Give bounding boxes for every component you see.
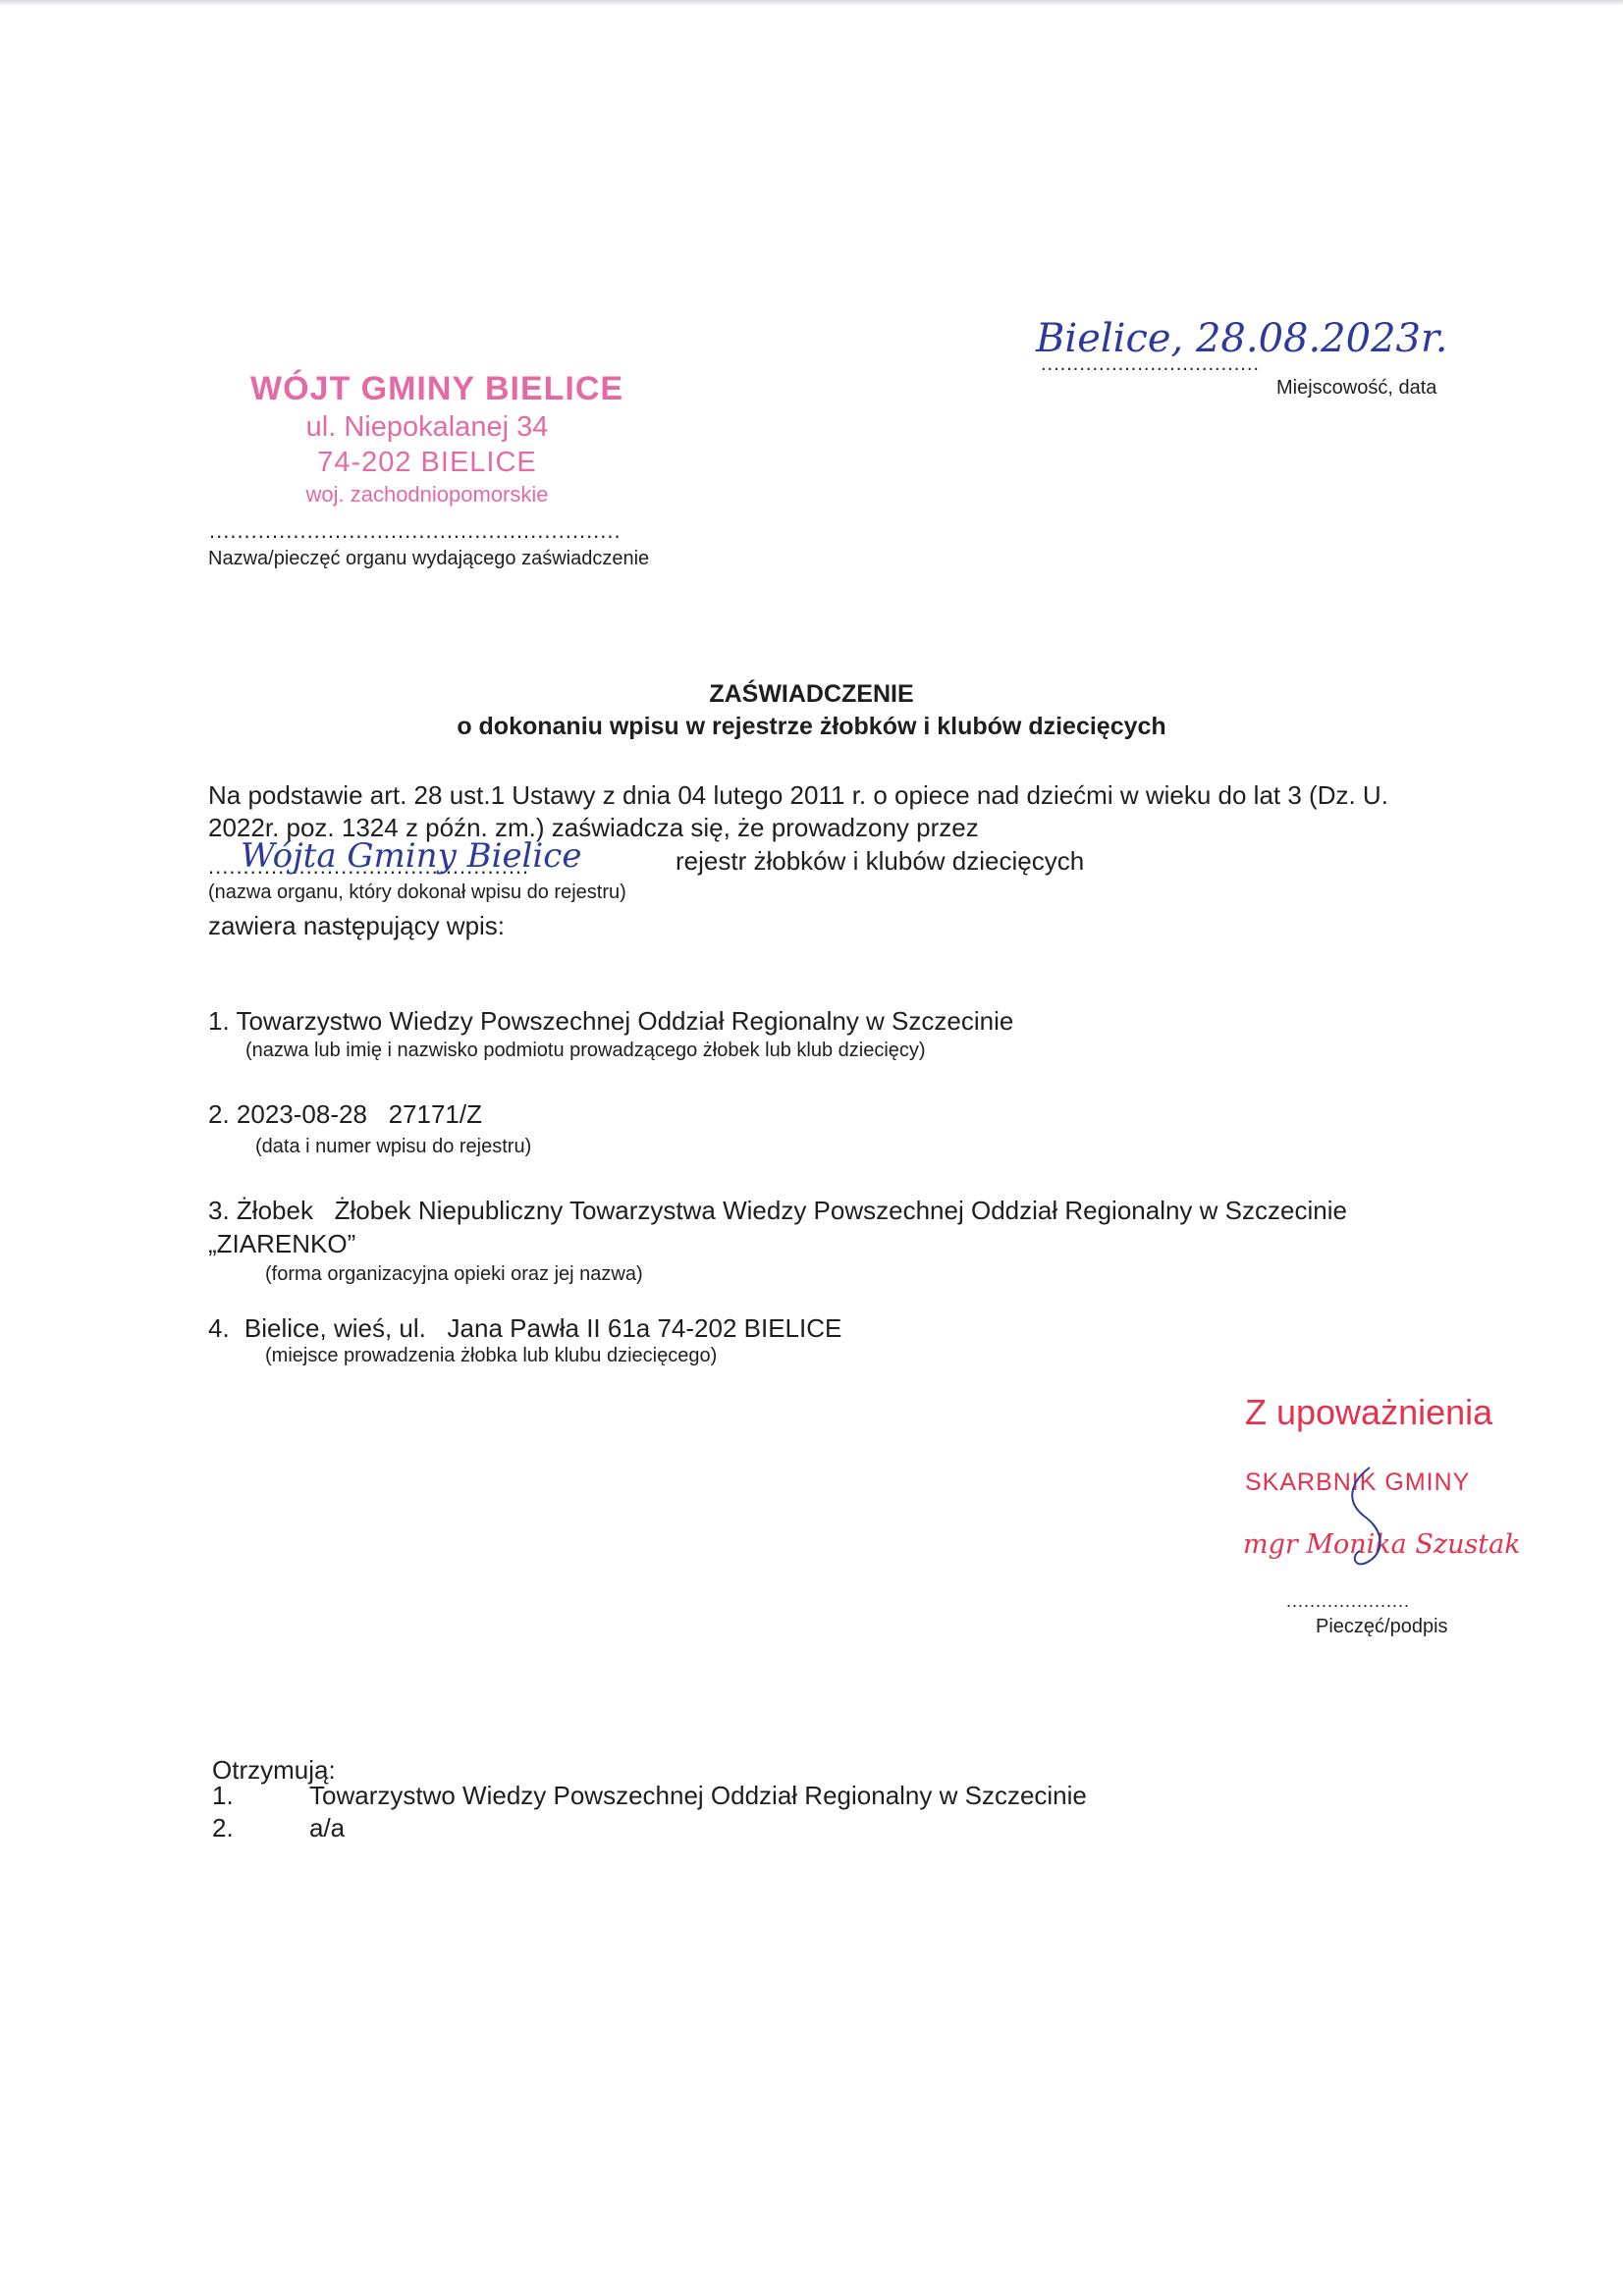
- entry-2-value: 2023-08-28 27171/Z: [237, 1099, 482, 1129]
- entry-2-number: 2.: [208, 1099, 230, 1129]
- issuer-dots: ........................................…: [209, 520, 622, 542]
- intro-line-4: zawiera następujący wpis:: [208, 911, 505, 941]
- issuer-stamp-title: WÓJT GMINY BIELICE: [250, 368, 604, 409]
- issuer-stamp: WÓJT GMINY BIELICE ul. Niepokalanej 34 7…: [250, 368, 604, 509]
- entry-3-caption: (forma organizacyjna opieki oraz jej naz…: [265, 1263, 643, 1286]
- place-date-label: Miejscowość, data: [1276, 377, 1436, 400]
- document-title: ZAŚWIADCZENIE: [0, 680, 1623, 709]
- issuer-stamp-city: 74-202 BIELICE: [250, 445, 604, 480]
- recipient-1-text: Towarzystwo Wiedzy Powszechnej Oddział R…: [309, 1781, 1087, 1811]
- signature-icon: [1340, 1463, 1399, 1571]
- entry-3: 3. Żłobek Żłobek Niepubliczny Towarzystw…: [208, 1196, 1347, 1226]
- entry-2: 2. 2023-08-28 27171/Z: [208, 1099, 482, 1130]
- signature-dots: .....................: [1286, 1590, 1410, 1612]
- intro-line-3: rejestr żłobków i klubów dziecięcych: [676, 846, 1084, 877]
- entry-4-caption: (miejsce prowadzenia żłobka lub klubu dz…: [265, 1345, 717, 1367]
- entry-4: 4. Bielice, wieś, ul. Jana Pawła II 61a …: [208, 1313, 841, 1344]
- entry-4-number: 4.: [208, 1313, 230, 1343]
- entry-4-value: Bielice, wieś, ul. Jana Pawła II 61a 74-…: [244, 1313, 841, 1343]
- entry-1-number: 1.: [208, 1006, 230, 1036]
- entry-3-value: Żłobek Żłobek Niepubliczny Towarzystwa W…: [237, 1196, 1347, 1225]
- auth-stamp-line-1: Z upoważnienia: [1245, 1392, 1492, 1433]
- signature-label: Pieczęć/podpis: [1316, 1616, 1448, 1638]
- recipient-1-number: 1.: [212, 1781, 234, 1811]
- organ-handwritten: Wójta Gminy Bielice: [241, 836, 581, 876]
- scan-edge: [0, 0, 1623, 6]
- issuer-stamp-region: woj. zachodniopomorskie: [250, 480, 604, 509]
- entry-3-value-line-2: „ZIARENKO”: [208, 1229, 355, 1259]
- entry-1-caption: (nazwa lub imię i nazwisko podmiotu prow…: [245, 1040, 926, 1062]
- entry-3-number: 3.: [208, 1196, 230, 1225]
- place-date-dots: ..................................: [1041, 353, 1260, 375]
- entry-1: 1. Towarzystwo Wiedzy Powszechnej Oddzia…: [208, 1006, 1013, 1037]
- entry-2-caption: (data i numer wpisu do rejestru): [255, 1136, 531, 1158]
- recipient-2-text: a/a: [309, 1813, 345, 1843]
- issuer-label: Nazwa/pieczęć organu wydającego zaświadc…: [208, 548, 649, 570]
- document-subtitle: o dokonaniu wpisu w rejestrze żłobków i …: [0, 713, 1623, 741]
- intro-line-1: Na podstawie art. 28 ust.1 Ustawy z dnia…: [208, 780, 1388, 811]
- issuer-stamp-street: ul. Niepokalanej 34: [250, 409, 604, 445]
- entry-1-value: Towarzystwo Wiedzy Powszechnej Oddział R…: [236, 1006, 1013, 1036]
- recipient-2-number: 2.: [212, 1813, 234, 1843]
- organ-caption: (nazwa organu, który dokonał wpisu do re…: [208, 881, 626, 904]
